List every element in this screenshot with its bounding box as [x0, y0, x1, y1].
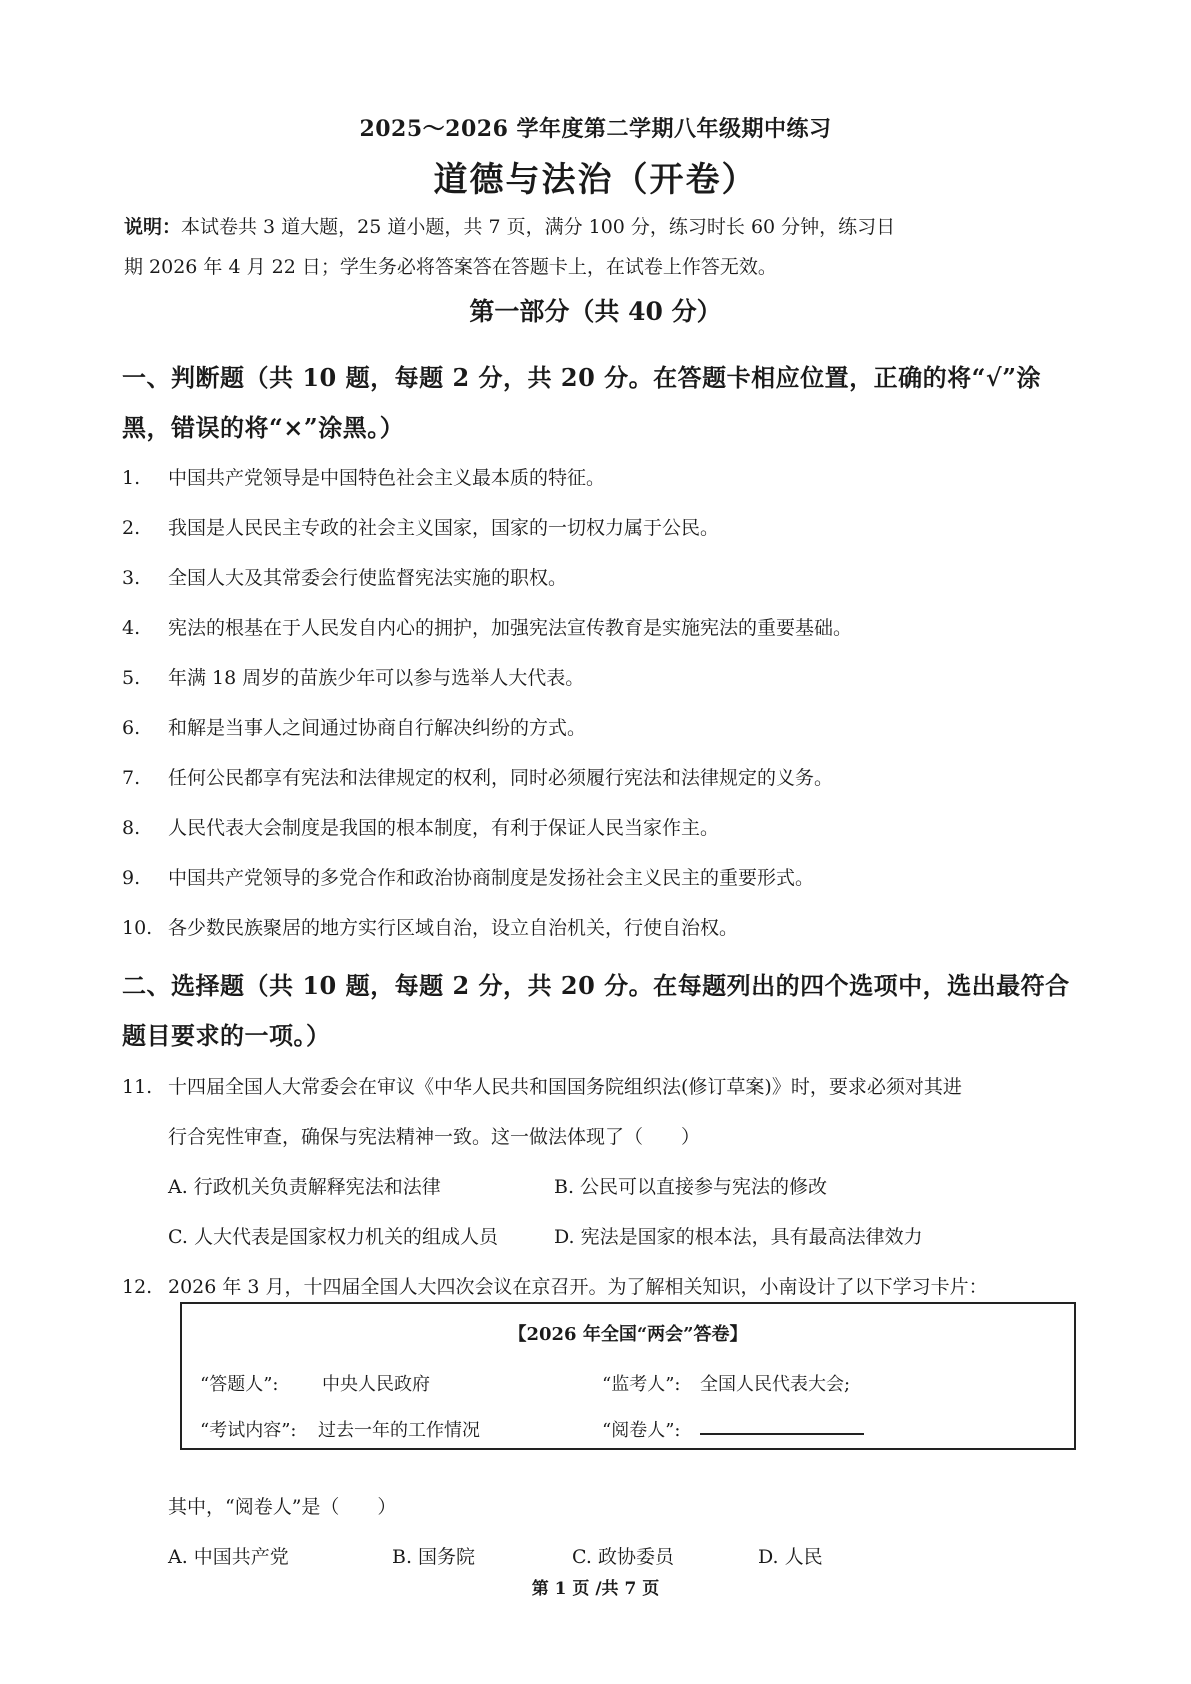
exam-content-value: 过去一年的工作情况: [318, 1416, 480, 1442]
grader-label: “阅卷人”:: [602, 1416, 680, 1442]
question-number: 1.: [122, 467, 168, 489]
proctor-label: “监考人”:: [602, 1370, 680, 1396]
option-c: C. 人大代表是国家权力机关的组成人员: [168, 1222, 498, 1249]
exam-title: 道德与法治（开卷）: [0, 152, 1191, 201]
question-item: 4.宪法的根基在于人民发自内心的拥护，加强宪法宣传教育是实施宪法的重要基础。: [122, 613, 852, 640]
question-number: 4.: [122, 617, 168, 639]
option-d: D. 人民: [758, 1542, 823, 1569]
question-text: 中国共产党领导的多党合作和政治协商制度是发扬社会主义民主的重要形式。: [168, 867, 814, 889]
question-number: 9.: [122, 867, 168, 889]
blank-line: [700, 1417, 864, 1435]
option-d: D. 宪法是国家的根本法，具有最高法律效力: [554, 1222, 923, 1249]
question-item: 9.中国共产党领导的多党合作和政治协商制度是发扬社会主义民主的重要形式。: [122, 863, 814, 890]
question-item: 8.人民代表大会制度是我国的根本制度，有利于保证人民当家作主。: [122, 813, 719, 840]
option-b: B. 公民可以直接参与宪法的修改: [554, 1172, 827, 1199]
question-text: 全国人大及其常委会行使监督宪法实施的职权。: [168, 567, 567, 589]
question-number: 5.: [122, 667, 168, 689]
exam-content-label: “考试内容”:: [200, 1416, 296, 1442]
question-number: 6.: [122, 717, 168, 739]
question-number: 2.: [122, 517, 168, 539]
question-number: 11.: [122, 1076, 168, 1098]
question-number: 12.: [122, 1276, 168, 1298]
option-c: C. 政协委员: [572, 1542, 674, 1569]
option-b: B. 国务院: [392, 1542, 475, 1569]
question-item: 10.各少数民族聚居的地方实行区域自治，设立自治机关，行使自治权。: [122, 913, 738, 940]
exam-page: 2025～2026 学年度第二学期八年级期中练习 道德与法治（开卷） 说明：本试…: [0, 0, 1191, 1684]
section-one-heading-line-1: 一、判断题（共 10 题，每题 2 分，共 20 分。在答题卡相应位置，正确的将…: [122, 358, 1041, 393]
question-text: 十四届全国人大常委会在审议《中华人民共和国国务院组织法(修订草案)》时，要求必须…: [168, 1076, 962, 1098]
section-two-heading-line-2: 题目要求的一项。）: [122, 1016, 331, 1051]
question-text: 和解是当事人之间通过协商自行解决纠纷的方式。: [168, 717, 586, 739]
question-text: 任何公民都享有宪法和法律规定的权利，同时必须履行宪法和法律规定的义务。: [168, 767, 833, 789]
question-item: 6.和解是当事人之间通过协商自行解决纠纷的方式。: [122, 713, 586, 740]
exam-subtitle: 2025～2026 学年度第二学期八年级期中练习: [0, 112, 1191, 143]
question-11-line-2: 行合宪性审查，确保与宪法精神一致。这一做法体现了（ ）: [168, 1122, 700, 1149]
grader-blank: [700, 1416, 864, 1435]
instructions-label: 说明：: [124, 216, 181, 238]
question-item: 3.全国人大及其常委会行使监督宪法实施的职权。: [122, 563, 567, 590]
section-two-heading-line-1: 二、选择题（共 10 题，每题 2 分，共 20 分。在每题列出的四个选项中，选…: [122, 966, 1070, 1001]
study-card-title: 【2026 年全国“两会”答卷】: [182, 1320, 1074, 1346]
answerer-value: 中央人民政府: [322, 1370, 430, 1396]
part-one-heading: 第一部分（共 40 分）: [0, 292, 1191, 328]
question-item: 5.年满 18 周岁的苗族少年可以参与选举人大代表。: [122, 663, 584, 690]
question-text: 中国共产党领导是中国特色社会主义最本质的特征。: [168, 467, 605, 489]
question-text: 人民代表大会制度是我国的根本制度，有利于保证人民当家作主。: [168, 817, 719, 839]
question-text: 我国是人民民主专政的社会主义国家，国家的一切权力属于公民。: [168, 517, 719, 539]
question-number: 7.: [122, 767, 168, 789]
question-12-prompt: 其中，“阅卷人”是（ ）: [168, 1492, 396, 1519]
instructions-line-1: 说明：本试卷共 3 道大题，25 道小题，共 7 页，满分 100 分，练习时长…: [124, 212, 895, 239]
question-item: 1.中国共产党领导是中国特色社会主义最本质的特征。: [122, 463, 605, 490]
question-text: 宪法的根基在于人民发自内心的拥护，加强宪法宣传教育是实施宪法的重要基础。: [168, 617, 852, 639]
question-text: 年满 18 周岁的苗族少年可以参与选举人大代表。: [168, 667, 584, 689]
instructions-line-2: 期 2026 年 4 月 22 日；学生务必将答案答在答题卡上，在试卷上作答无效…: [124, 252, 777, 279]
study-card: 【2026 年全国“两会”答卷】 “答题人”: 中央人民政府 “监考人”: 全国…: [180, 1302, 1076, 1450]
question-item: 2.我国是人民民主专政的社会主义国家，国家的一切权力属于公民。: [122, 513, 719, 540]
option-a: A. 中国共产党: [168, 1542, 289, 1569]
option-a: A. 行政机关负责解释宪法和法律: [168, 1172, 441, 1199]
question-12-line-1: 12.2026 年 3 月，十四届全国人大四次会议在京召开。为了解相关知识，小南…: [122, 1272, 988, 1299]
question-number: 3.: [122, 567, 168, 589]
question-11-line-1: 11.十四届全国人大常委会在审议《中华人民共和国国务院组织法(修订草案)》时，要…: [122, 1072, 962, 1099]
instructions-text-1: 本试卷共 3 道大题，25 道小题，共 7 页，满分 100 分，练习时长 60…: [181, 216, 895, 238]
page-indicator: 第 1 页 /共 7 页: [0, 1574, 1191, 1599]
section-one-heading-line-2: 黑，错误的将“×”涂黑。）: [122, 408, 404, 443]
answerer-label: “答题人”:: [200, 1370, 278, 1396]
question-number: 10.: [122, 917, 168, 939]
question-text: 2026 年 3 月，十四届全国人大四次会议在京召开。为了解相关知识，小南设计了…: [168, 1276, 988, 1298]
question-item: 7.任何公民都享有宪法和法律规定的权利，同时必须履行宪法和法律规定的义务。: [122, 763, 833, 790]
question-text: 各少数民族聚居的地方实行区域自治，设立自治机关，行使自治权。: [168, 917, 738, 939]
question-number: 8.: [122, 817, 168, 839]
proctor-value: 全国人民代表大会;: [700, 1370, 850, 1396]
